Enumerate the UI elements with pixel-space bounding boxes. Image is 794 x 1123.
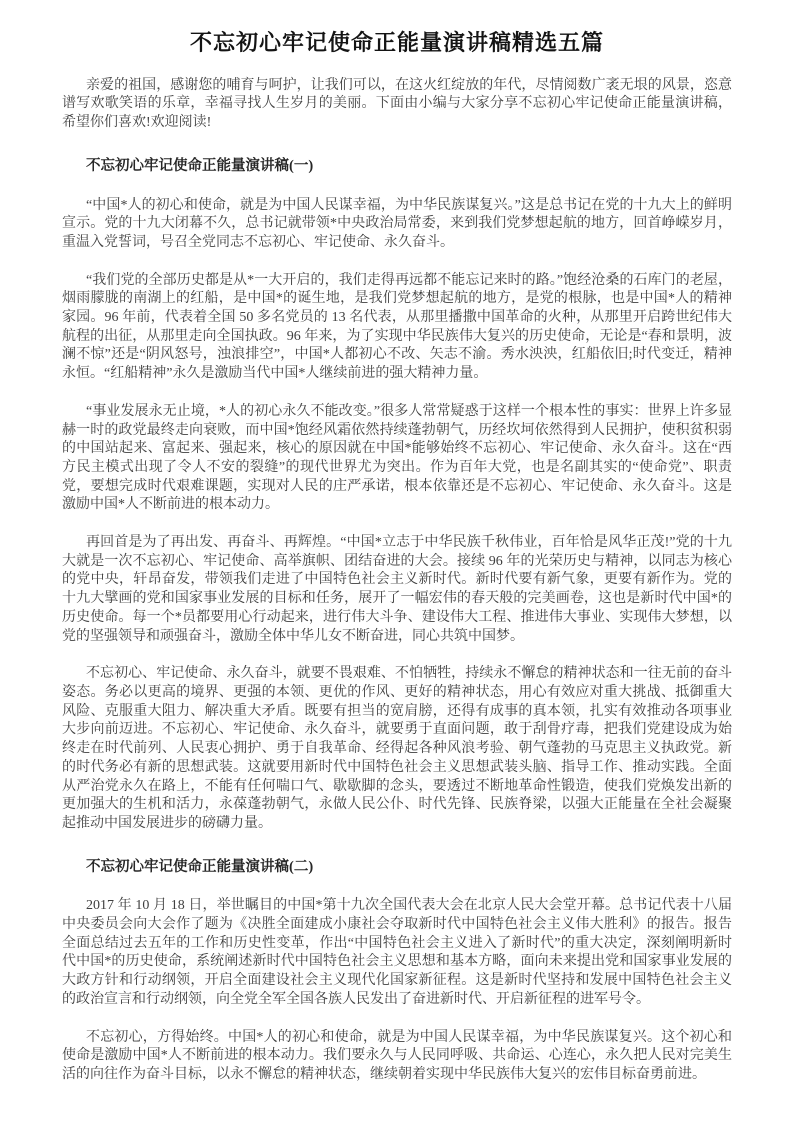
paragraph: “我们党的全部历史都是从*一大开启的，我们走得再远都不能忘记来时的路。”饱经沧桑… <box>62 272 732 384</box>
paragraph: 再回首是为了再出发、再奋斗、再辉煌。“中国*立志于中华民族千秋伟业，百年恰是风华… <box>62 534 732 646</box>
document-page: 不忘初心牢记使命正能量演讲稿精选五篇 亲爱的祖国，感谢您的哺育与呵护，让我们可以… <box>0 0 794 1123</box>
paragraph: 不忘初心，方得始终。中国*人的初心和使命，就是为中国人民谋幸福，为中华民族谋复兴… <box>62 1029 732 1085</box>
section-heading-2: 不忘初心牢记使命正能量演讲稿(二) <box>62 858 732 877</box>
paragraph: 不忘初心、牢记使命、永久奋斗，就要不畏艰难、不怕牺牲，持续永不懈怠的精神状态和一… <box>62 665 732 833</box>
document-title: 不忘初心牢记使命正能量演讲稿精选五篇 <box>62 34 732 53</box>
section-heading-1: 不忘初心牢记使命正能量演讲稿(一) <box>62 157 732 176</box>
paragraph: “事业发展永无止境，*人的初心永久不能改变。”很多人常常疑惑于这样一个根本性的事… <box>62 403 732 515</box>
paragraph: 2017 年 10 月 18 日，举世瞩目的中国*第十九次全国代表大会在北京人民… <box>62 897 732 1009</box>
intro-paragraph: 亲爱的祖国，感谢您的哺育与呵护，让我们可以，在这火红绽放的年代，尽情阅数广袤无垠… <box>62 77 732 133</box>
paragraph: “中国*人的初心和使命，就是为中国人民谋幸福，为中华民族谋复兴。”这是总书记在党… <box>62 197 732 253</box>
